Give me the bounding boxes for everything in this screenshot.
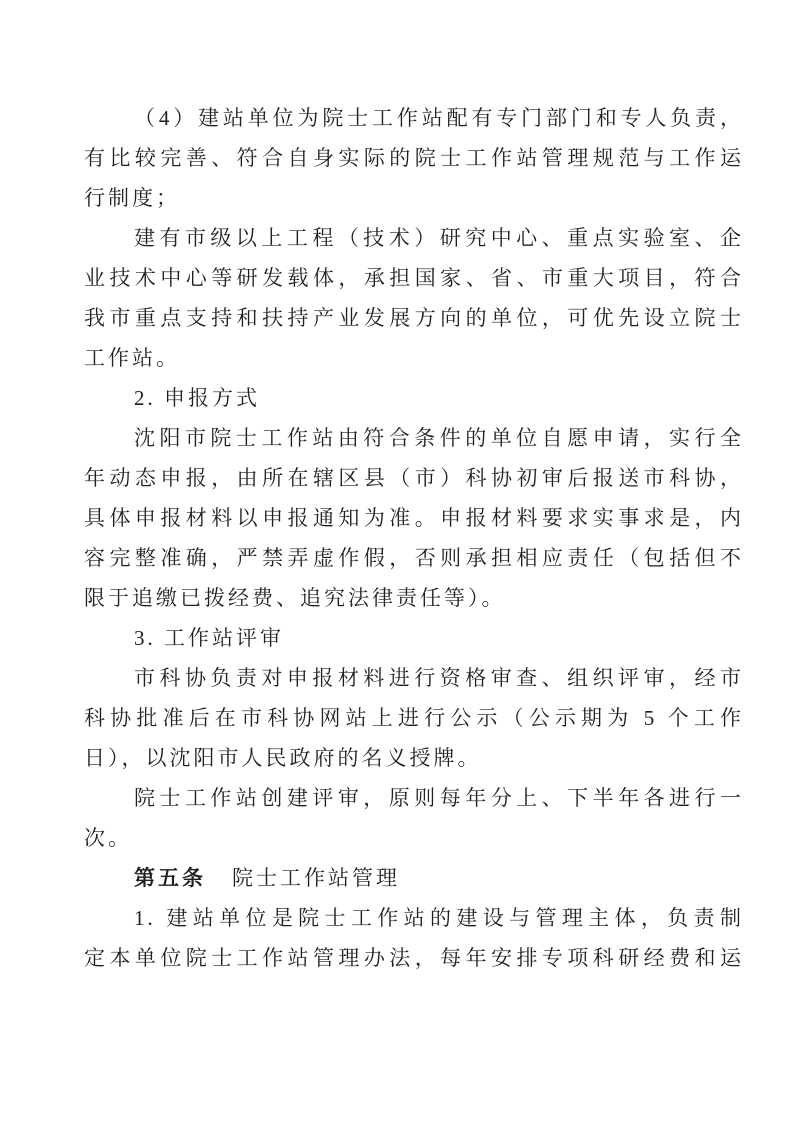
text-line: 定本单位院士工作站管理办法，每年安排专项科研经费和运 — [84, 938, 744, 978]
text-line: 建有市级以上工程（技术）研究中心、重点实验室、企 — [84, 218, 744, 258]
text-line: 限于追缴已拨经费、追究法律责任等）。 — [84, 578, 744, 618]
document-text-block: （4）建站单位为院士工作站配有专门部门和专人负责，有比较完善、符合自身实际的院士… — [84, 98, 744, 978]
text-line: 1. 建站单位是院士工作站的建设与管理主体，负责制 — [84, 898, 744, 938]
text-line: 市科协负责对申报材料进行资格审查、组织评审，经市 — [84, 658, 744, 698]
text-line: 行制度； — [84, 178, 744, 218]
text-line: 年动态申报，由所在辖区县（市）科协初审后报送市科协， — [84, 458, 744, 498]
text-line: 沈阳市院士工作站由符合条件的单位自愿申请，实行全 — [84, 418, 744, 458]
text-line: 3. 工作站评审 — [84, 618, 744, 658]
text-line: 有比较完善、符合自身实际的院士工作站管理规范与工作运 — [84, 138, 744, 178]
text-line: 日），以沈阳市人民政府的名义授牌。 — [84, 738, 744, 778]
text-line: 我市重点支持和扶持产业发展方向的单位，可优先设立院士 — [84, 298, 744, 338]
text-line: 业技术中心等研发载体，承担国家、省、市重大项目，符合 — [84, 258, 744, 298]
text-line: 院士工作站创建评审，原则每年分上、下半年各进行一 — [84, 778, 744, 818]
text-line: 科协批准后在市科协网站上进行公示（公示期为 5 个工作 — [84, 698, 744, 738]
heading-line: 第五条院士工作站管理 — [84, 858, 744, 898]
document-page: （4）建站单位为院士工作站配有专门部门和专人负责，有比较完善、符合自身实际的院士… — [0, 0, 800, 1132]
text-line: （4）建站单位为院士工作站配有专门部门和专人负责， — [84, 98, 744, 138]
text-line: 2. 申报方式 — [84, 378, 744, 418]
text-line: 工作站。 — [84, 338, 744, 378]
text-line: 容完整准确，严禁弄虚作假，否则承担相应责任（包括但不 — [84, 538, 744, 578]
heading-prefix: 第五条 — [134, 866, 206, 890]
text-line: 具体申报材料以申报通知为准。申报材料要求实事求是，内 — [84, 498, 744, 538]
text-line: 次。 — [84, 818, 744, 858]
